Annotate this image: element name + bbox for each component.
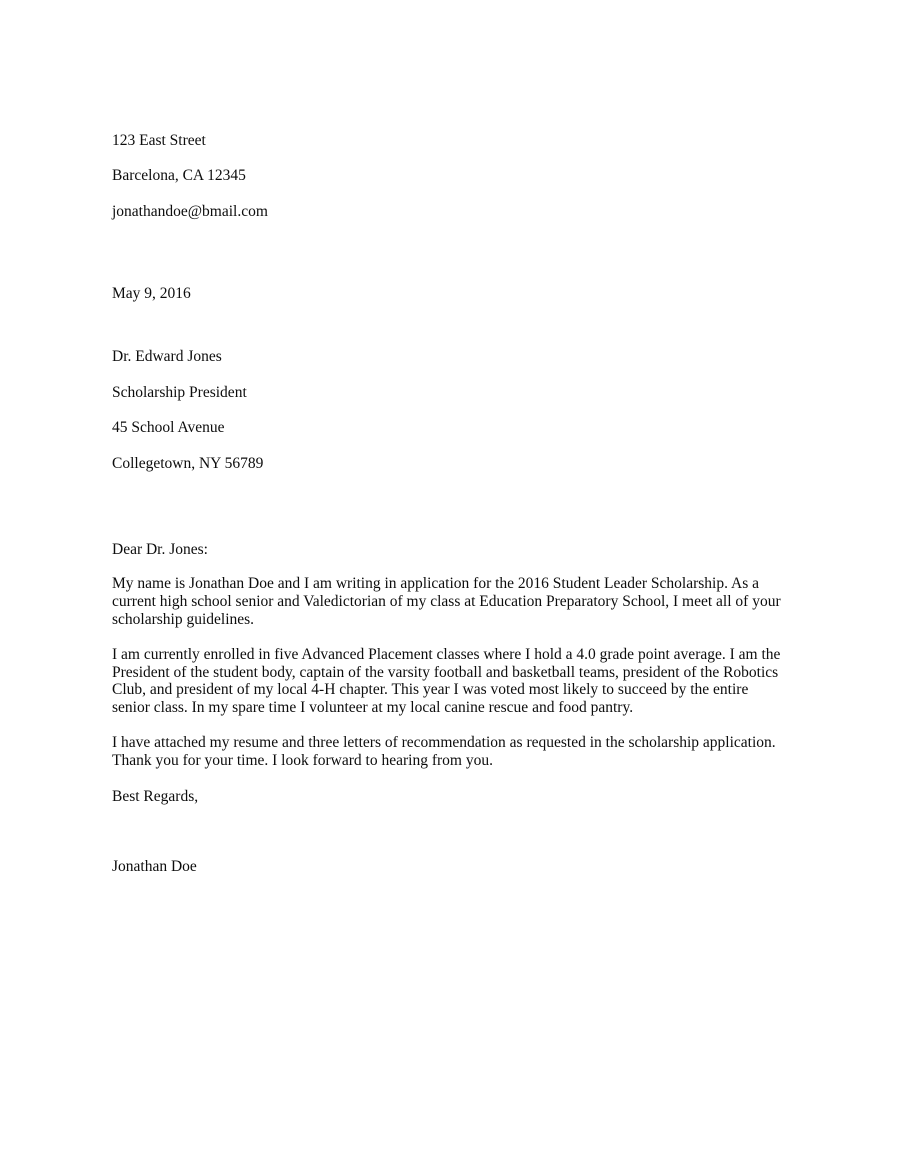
recipient-city-state-zip: Collegetown, NY 56789 <box>112 455 792 473</box>
sender-email: jonathandoe@bmail.com <box>112 203 792 221</box>
sender-city-state-zip: Barcelona, CA 12345 <box>112 167 792 185</box>
sender-address-block: 123 East Street Barcelona, CA 12345 jona… <box>112 114 792 239</box>
body-paragraph-3: I have attached my resume and three lett… <box>112 734 784 770</box>
recipient-name: Dr. Edward Jones <box>112 348 792 366</box>
letter-document: 123 East Street Barcelona, CA 12345 jona… <box>0 0 900 1165</box>
body-paragraph-1: My name is Jonathan Doe and I am writing… <box>112 575 784 628</box>
recipient-title: Scholarship President <box>112 384 792 402</box>
letter-date: May 9, 2016 <box>112 285 792 303</box>
sender-street: 123 East Street <box>112 132 792 150</box>
recipient-address-block: Dr. Edward Jones Scholarship President 4… <box>112 330 792 490</box>
body-paragraph-2: I am currently enrolled in five Advanced… <box>112 646 784 717</box>
closing: Best Regards, <box>112 788 792 806</box>
recipient-street: 45 School Avenue <box>112 419 792 437</box>
signature-name: Jonathan Doe <box>112 858 792 876</box>
salutation: Dear Dr. Jones: <box>112 541 792 559</box>
